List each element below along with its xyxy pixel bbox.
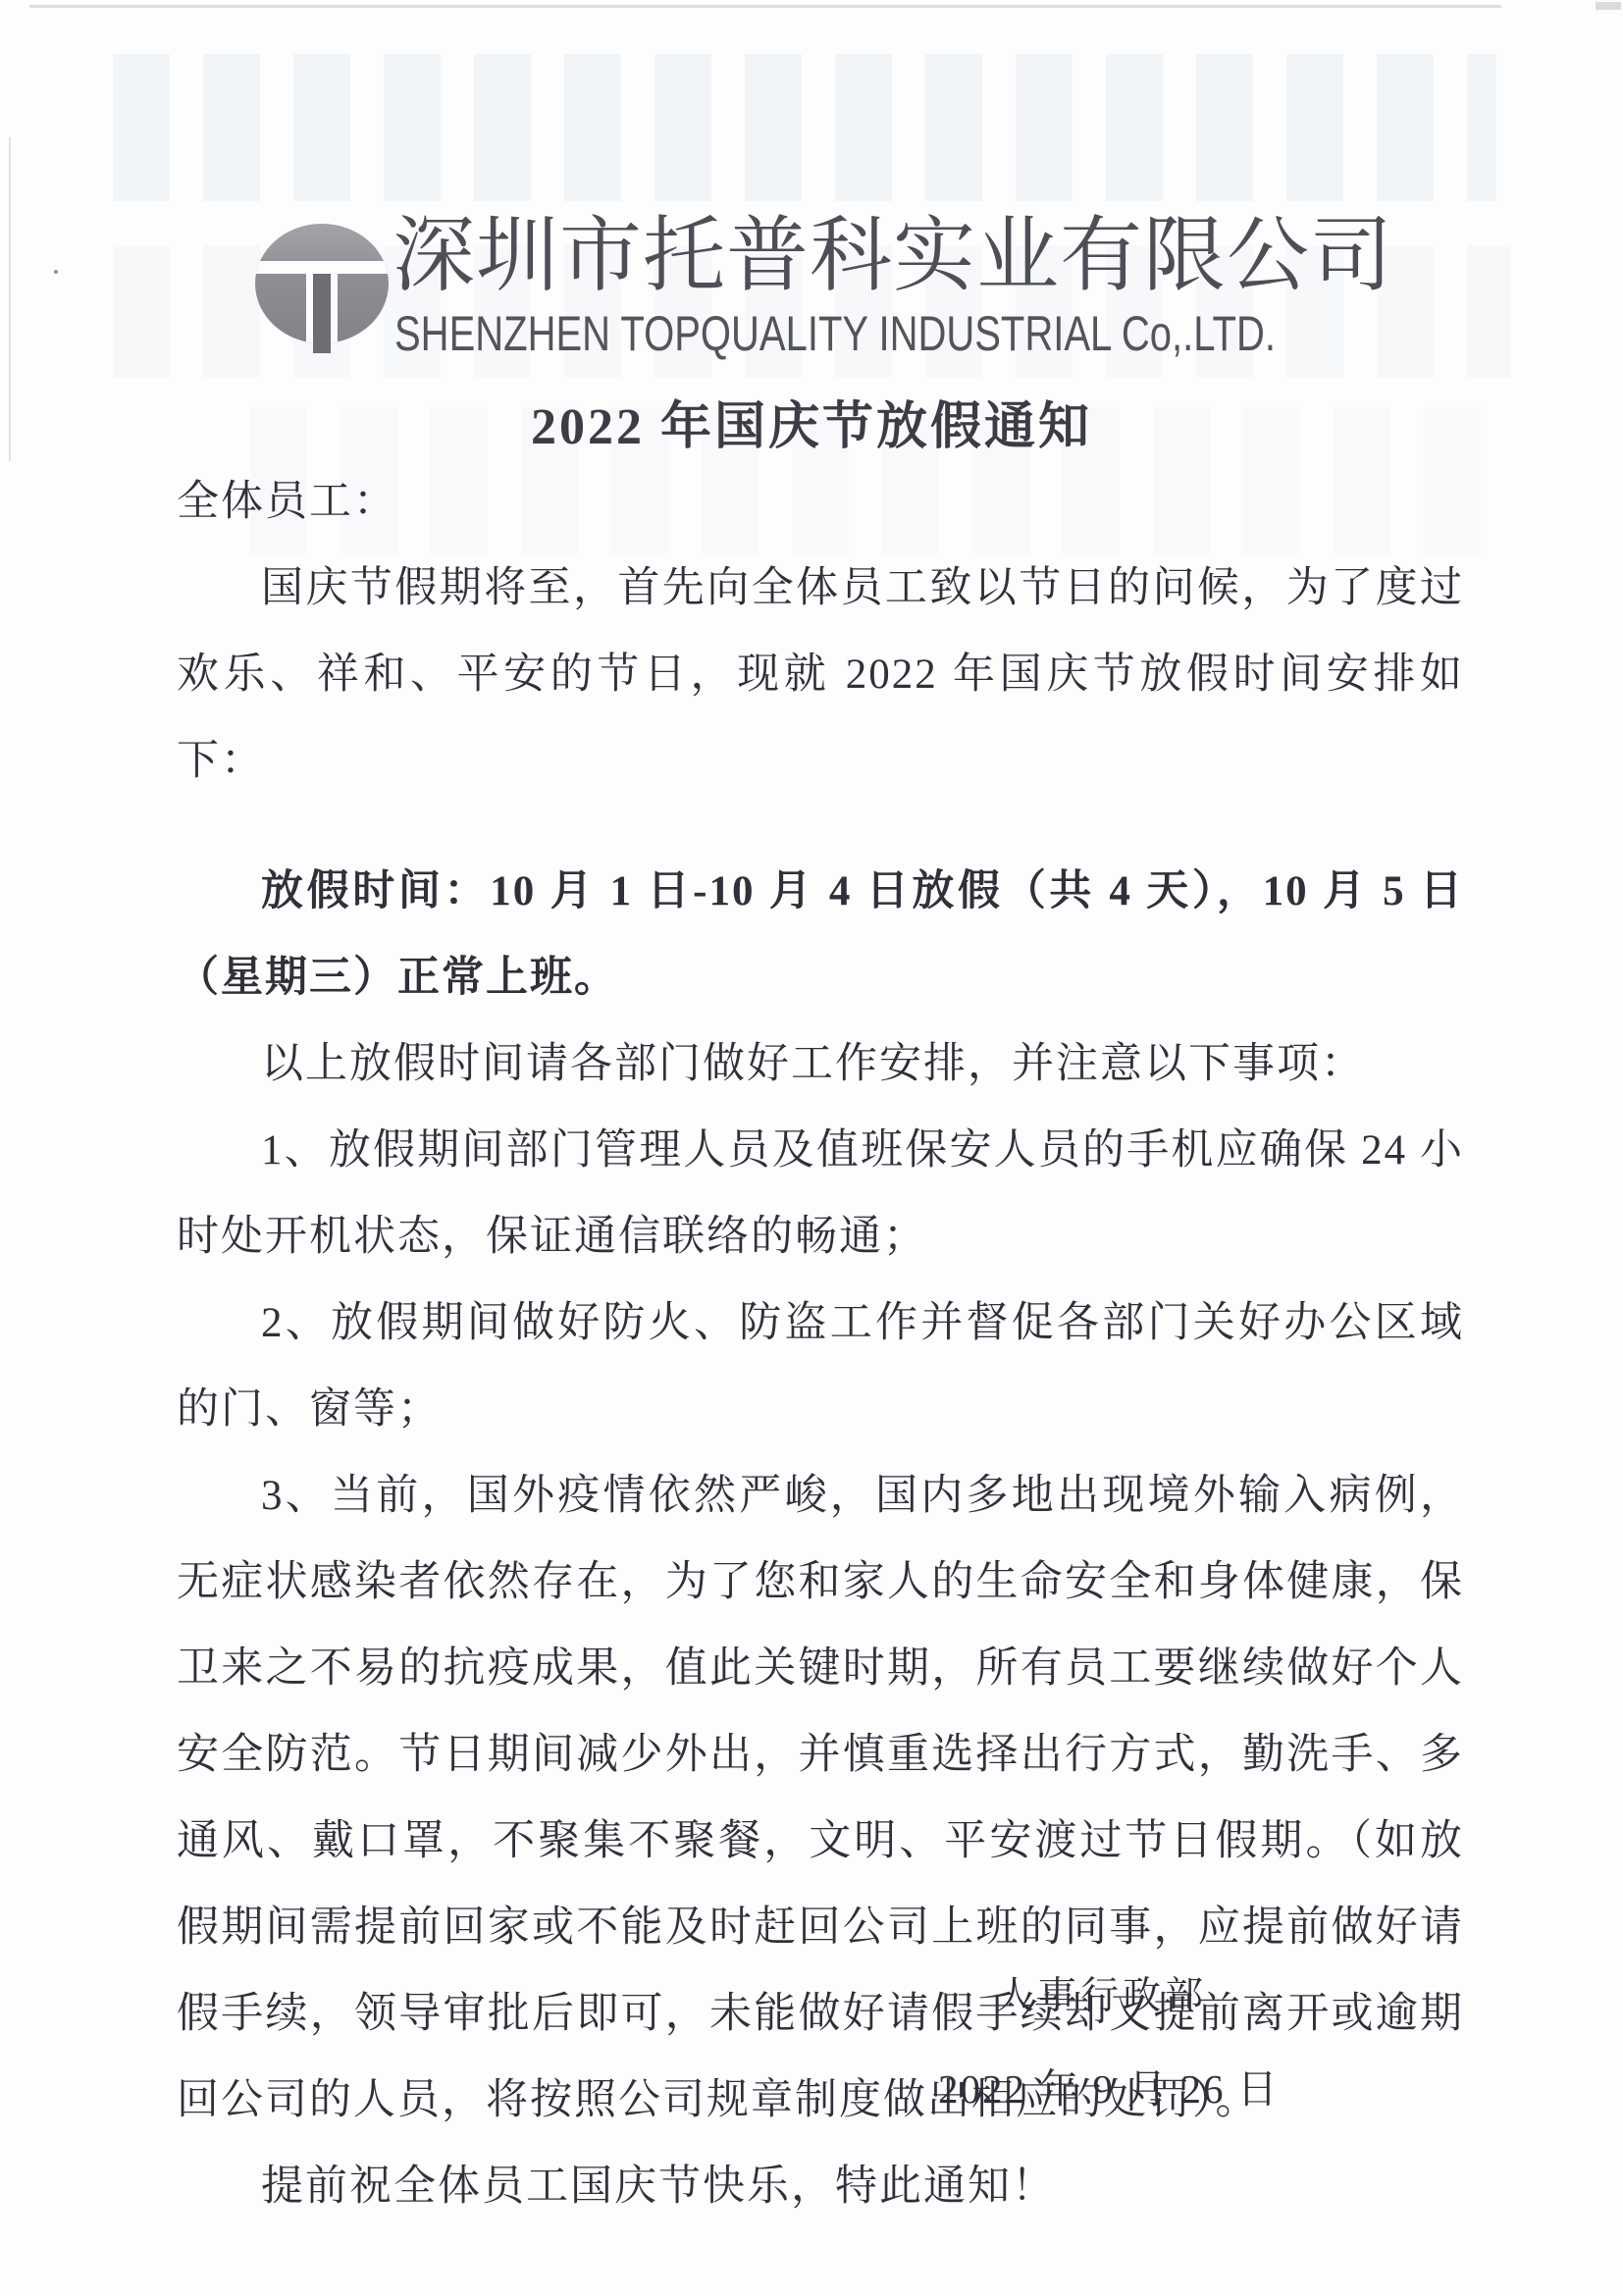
- paragraph-closing: 提前祝全体员工国庆节快乐，特此通知！: [177, 2144, 1464, 2230]
- paragraph-holiday-time: 放假时间：10 月 1 日-10 月 4 日放假（共 4 天），10 月 5 日…: [177, 849, 1464, 1021]
- paragraph-item-2: 2、放假期间做好防火、防盗工作并督促各部门关好办公区域的门、窗等；: [177, 1280, 1464, 1453]
- scan-artifact-top-line: [29, 5, 1501, 8]
- signature-department: 人事行政部: [996, 1965, 1207, 2020]
- scan-artifact-band: [113, 54, 1496, 201]
- paragraph-intro: 国庆节假期将至，首先向全体员工致以节日的问候，为了度过欢乐、祥和、平安的节日，现…: [177, 546, 1464, 805]
- company-name-english: SHENZHEN TOPQUALITY INDUSTRIAL Co,.LTD.: [394, 308, 1189, 359]
- scanned-notice-page: 深圳市托普科实业有限公司 SHENZHEN TOPQUALITY INDUSTR…: [0, 0, 1623, 2296]
- notice-title: 2022 年国庆节放假通知: [0, 385, 1623, 458]
- paragraph-item-1: 1、放假期间部门管理人员及值班保安人员的手机应确保 24 小时处开机状态，保证通…: [177, 1108, 1464, 1280]
- logo-stem-gap-right: [331, 274, 338, 343]
- logo-t-crossbar: [255, 261, 389, 274]
- company-header: 深圳市托普科实业有限公司 SHENZHEN TOPQUALITY INDUSTR…: [250, 206, 1388, 359]
- paragraph-item-3: 3、当前，国外疫情依然严峻，国内多地出现境外输入病例，无症状感染者依然存在，为了…: [177, 1453, 1464, 2144]
- notice-date: 2022 年 9 月 26 日: [938, 2057, 1280, 2114]
- paragraph-arrangement: 以上放假时间请各部门做好工作安排，并注意以下事项：: [177, 1021, 1464, 1108]
- company-name-chinese: 深圳市托普科实业有限公司: [393, 206, 1388, 308]
- logo-t-stem: [313, 274, 331, 343]
- logo-stem-gap-left: [306, 274, 313, 343]
- scan-artifact-corner: [1596, 2, 1621, 10]
- company-logo-icon: [255, 224, 389, 355]
- salutation: 全体员工：: [177, 459, 1464, 546]
- logo-t-stem-tail: [313, 341, 331, 353]
- notice-body: 全体员工： 国庆节假期将至，首先向全体员工致以节日的问候，为了度过欢乐、祥和、平…: [177, 459, 1464, 2230]
- logo-circle: [255, 224, 389, 343]
- scan-artifact-dot: [54, 270, 58, 274]
